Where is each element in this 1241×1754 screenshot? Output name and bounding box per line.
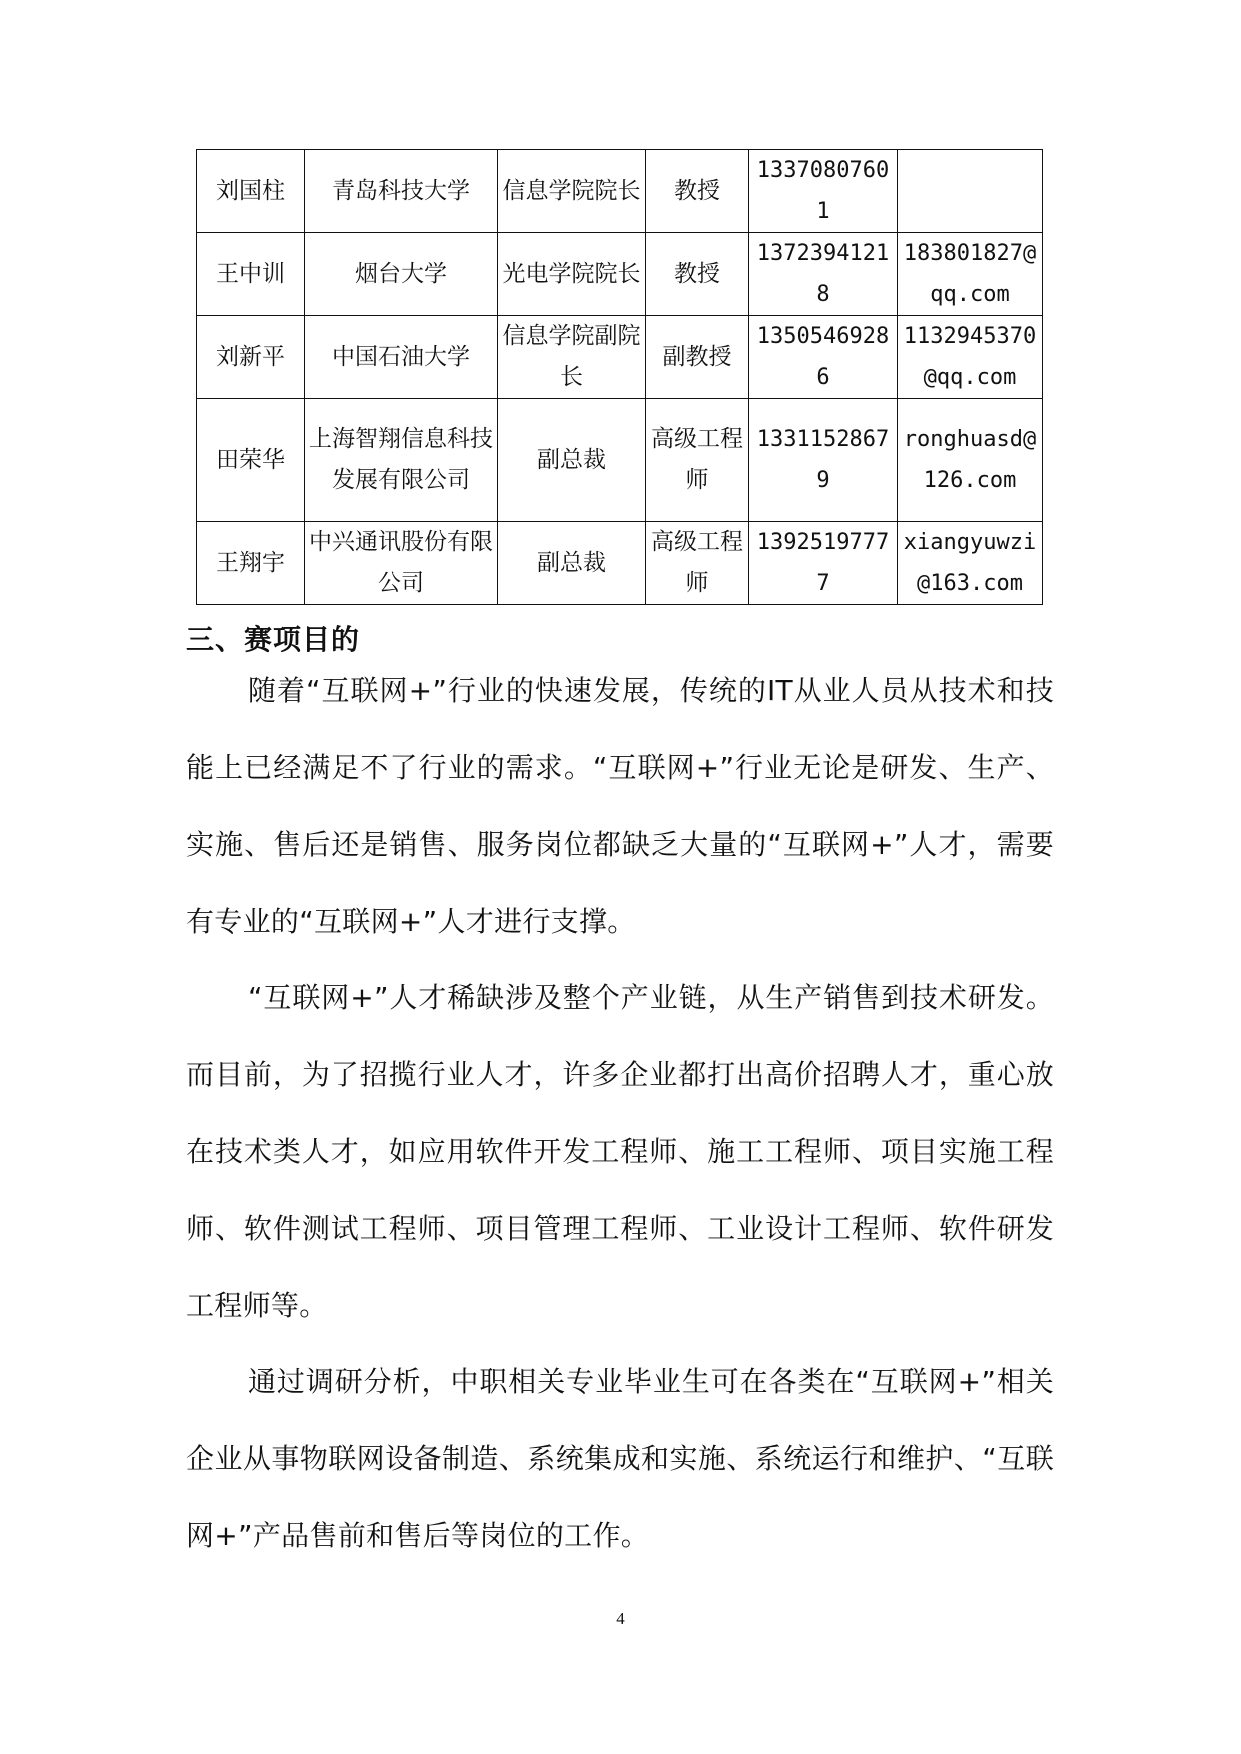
table-row: 王中训 烟台大学 光电学院院长 教授 13723941218 183801827… (197, 233, 1043, 316)
document-page: 刘国柱 青岛科技大学 信息学院院长 教授 13370807601 王中训 烟台大… (0, 0, 1241, 1754)
cell-organization: 中国石油大学 (305, 316, 498, 399)
table-row: 田荣华 上海智翔信息科技发展有限公司 副总裁 高级工程师 13311528679… (197, 399, 1043, 522)
cell-title: 教授 (646, 233, 749, 316)
page-number: 4 (0, 1609, 1241, 1629)
cell-name: 王翔宇 (197, 522, 305, 605)
cell-email: 183801827@qq.com (898, 233, 1043, 316)
cell-name: 王中训 (197, 233, 305, 316)
cell-name: 田荣华 (197, 399, 305, 522)
cell-position: 信息学院院长 (498, 150, 646, 233)
cell-title: 高级工程师 (646, 399, 749, 522)
cell-organization: 上海智翔信息科技发展有限公司 (305, 399, 498, 522)
cell-position: 副总裁 (498, 522, 646, 605)
cell-title: 高级工程师 (646, 522, 749, 605)
cell-phone: 13723941218 (749, 233, 898, 316)
table-row: 刘新平 中国石油大学 信息学院副院长 副教授 13505469286 11329… (197, 316, 1043, 399)
paragraph: 随着“互联网+”行业的快速发展，传统的IT从业人员从技术和技能上已经满足不了行业… (186, 652, 1054, 960)
cell-email: 1132945370@qq.com (898, 316, 1043, 399)
table-row: 王翔宇 中兴通讯股份有限公司 副总裁 高级工程师 13925197777 xia… (197, 522, 1043, 605)
cell-name: 刘新平 (197, 316, 305, 399)
cell-phone: 13925197777 (749, 522, 898, 605)
expert-contact-table: 刘国柱 青岛科技大学 信息学院院长 教授 13370807601 王中训 烟台大… (196, 149, 1043, 605)
cell-phone: 13311528679 (749, 399, 898, 522)
cell-position: 副总裁 (498, 399, 646, 522)
cell-phone: 13370807601 (749, 150, 898, 233)
cell-email (898, 150, 1043, 233)
cell-organization: 青岛科技大学 (305, 150, 498, 233)
paragraph: “互联网+”人才稀缺涉及整个产业链，从生产销售到技术研发。而目前，为了招揽行业人… (186, 959, 1054, 1344)
cell-position: 光电学院院长 (498, 233, 646, 316)
cell-phone: 13505469286 (749, 316, 898, 399)
cell-email: xiangyuwzi@163.com (898, 522, 1043, 605)
cell-organization: 中兴通讯股份有限公司 (305, 522, 498, 605)
cell-title: 教授 (646, 150, 749, 233)
table-row: 刘国柱 青岛科技大学 信息学院院长 教授 13370807601 (197, 150, 1043, 233)
cell-name: 刘国柱 (197, 150, 305, 233)
cell-email: ronghuasd@126.com (898, 399, 1043, 522)
paragraph: 通过调研分析，中职相关专业毕业生可在各类在“互联网+”相关企业从事物联网设备制造… (186, 1343, 1054, 1574)
cell-position: 信息学院副院长 (498, 316, 646, 399)
cell-title: 副教授 (646, 316, 749, 399)
cell-organization: 烟台大学 (305, 233, 498, 316)
